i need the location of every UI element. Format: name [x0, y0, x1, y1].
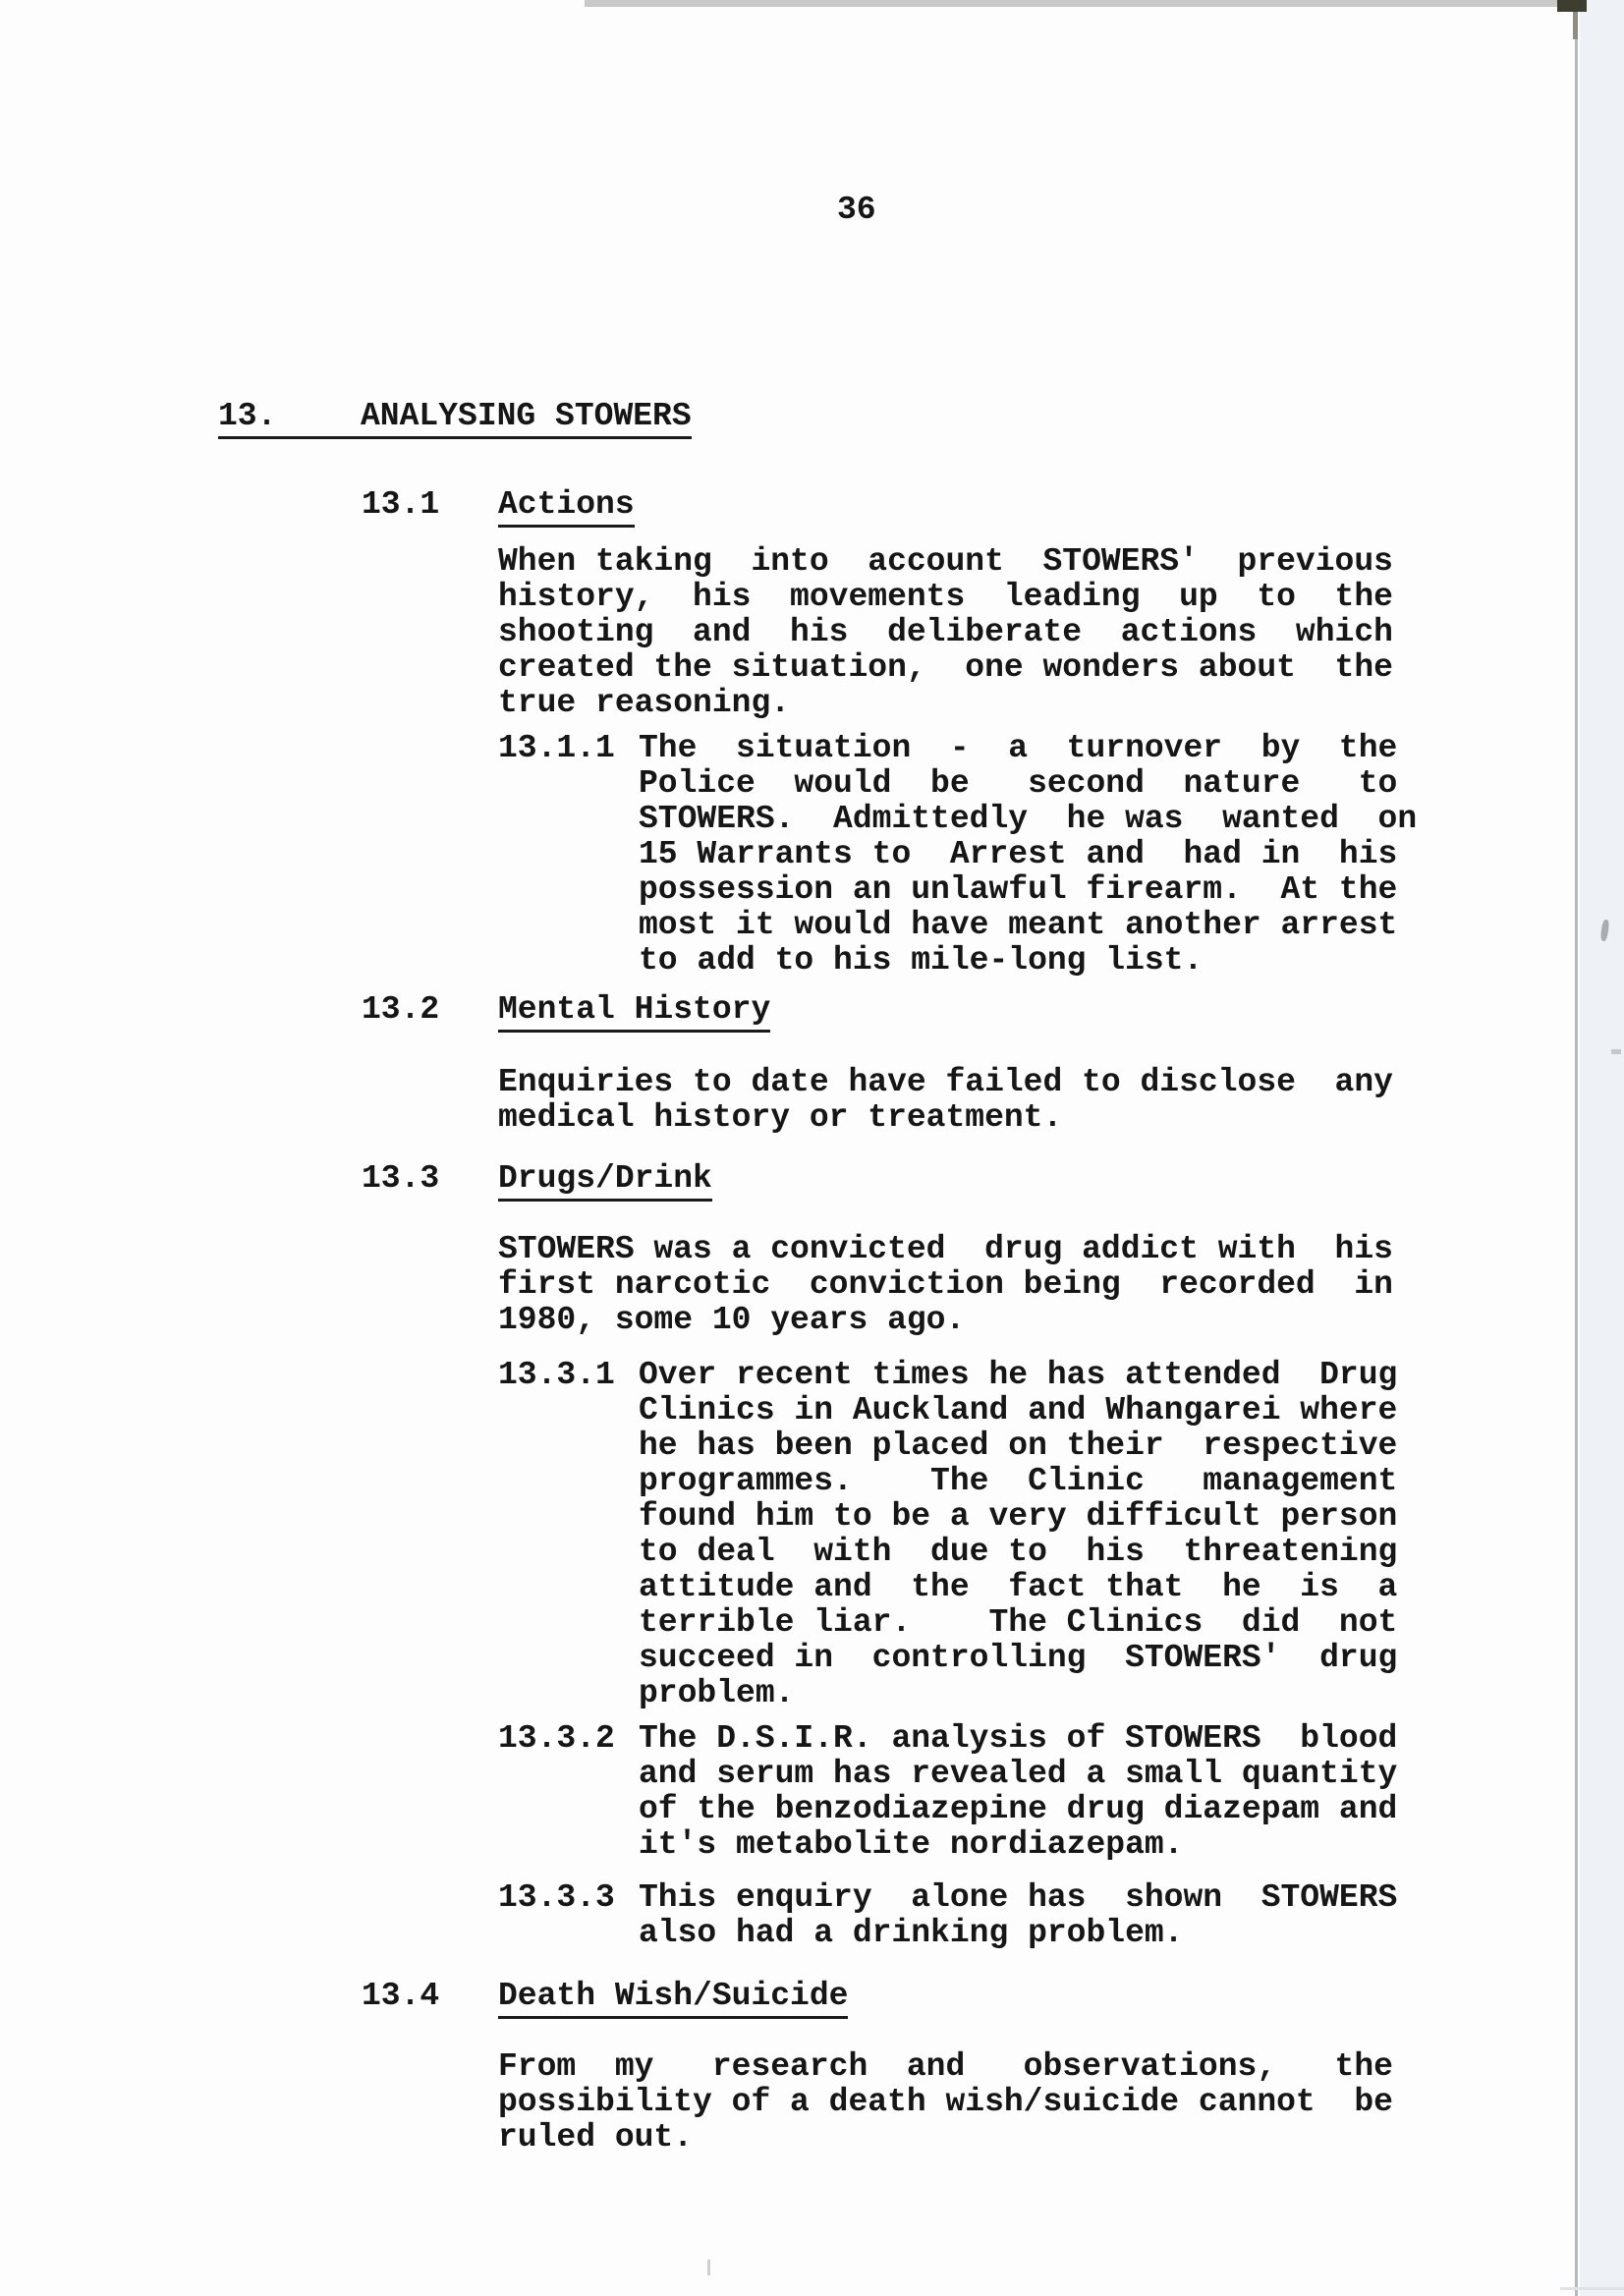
clause-number: 13.3.2 — [498, 1721, 639, 1863]
subsection-number: 13.3 — [362, 1161, 498, 1202]
subsection-title: Mental History — [498, 992, 770, 1033]
paragraph-13-3: STOWERS was a convicted drug addict with… — [498, 1232, 1393, 1338]
scan-corner-stub — [1573, 12, 1578, 39]
scan-page-edge-line — [1575, 8, 1578, 2296]
paragraph-13-1-1: 13.1.1 The situation - a turnover by the… — [498, 731, 1417, 979]
clause-number: 13.3.1 — [498, 1358, 639, 1711]
subsection-number: 13.4 — [362, 1979, 498, 2019]
section-heading-13: 13. ANALYSING STOWERS — [218, 399, 692, 439]
scan-stray-mark — [707, 2260, 710, 2275]
scan-bottom-edge-line — [1560, 2287, 1624, 2290]
clause-number: 13.3.3 — [498, 1880, 639, 1951]
scan-right-margin-strip — [1580, 0, 1624, 2296]
clause-text: Over recent times he has attended Drug C… — [639, 1358, 1397, 1711]
paragraph-13-1: When taking into account STOWERS' previo… — [498, 544, 1393, 721]
subsection-heading-13-3: 13.3 Drugs/Drink — [362, 1161, 712, 1202]
subsection-title: Actions — [498, 487, 635, 528]
subsection-title: Death Wish/Suicide — [498, 1979, 848, 2019]
subsection-heading-13-4: 13.4 Death Wish/Suicide — [362, 1979, 848, 2019]
clause-number: 13.1.1 — [498, 731, 639, 979]
scan-tick-mark — [1611, 1049, 1621, 1054]
page-number: 36 — [837, 193, 876, 228]
paragraph-13-3-3: 13.3.3 This enquiry alone has shown STOW… — [498, 1880, 1397, 1951]
clause-text: This enquiry alone has shown STOWERS als… — [639, 1880, 1397, 1951]
section-number: 13. — [218, 399, 361, 434]
subsection-number: 13.2 — [362, 992, 498, 1033]
scan-corner-mark — [1557, 0, 1587, 12]
paragraph-13-3-2: 13.3.2 The D.S.I.R. analysis of STOWERS … — [498, 1721, 1397, 1863]
paragraph-13-2: Enquiries to date have failed to disclos… — [498, 1065, 1393, 1136]
subsection-number: 13.1 — [362, 487, 498, 528]
paragraph-13-3-1: 13.3.1 Over recent times he has attended… — [498, 1358, 1397, 1711]
clause-text: The situation - a turnover by the Police… — [639, 731, 1417, 979]
clause-text: The D.S.I.R. analysis of STOWERS blood a… — [639, 1721, 1397, 1863]
subsection-title: Drugs/Drink — [498, 1161, 712, 1202]
section-title: ANALYSING STOWERS — [361, 399, 692, 434]
scan-top-edge-band — [585, 0, 1624, 7]
subsection-heading-13-1: 13.1 Actions — [362, 487, 635, 528]
paragraph-13-4: From my research and observations, the p… — [498, 2049, 1393, 2156]
scanned-document-page: 36 13. ANALYSING STOWERS 13.1 Actions Wh… — [0, 0, 1624, 2296]
subsection-heading-13-2: 13.2 Mental History — [362, 992, 770, 1033]
